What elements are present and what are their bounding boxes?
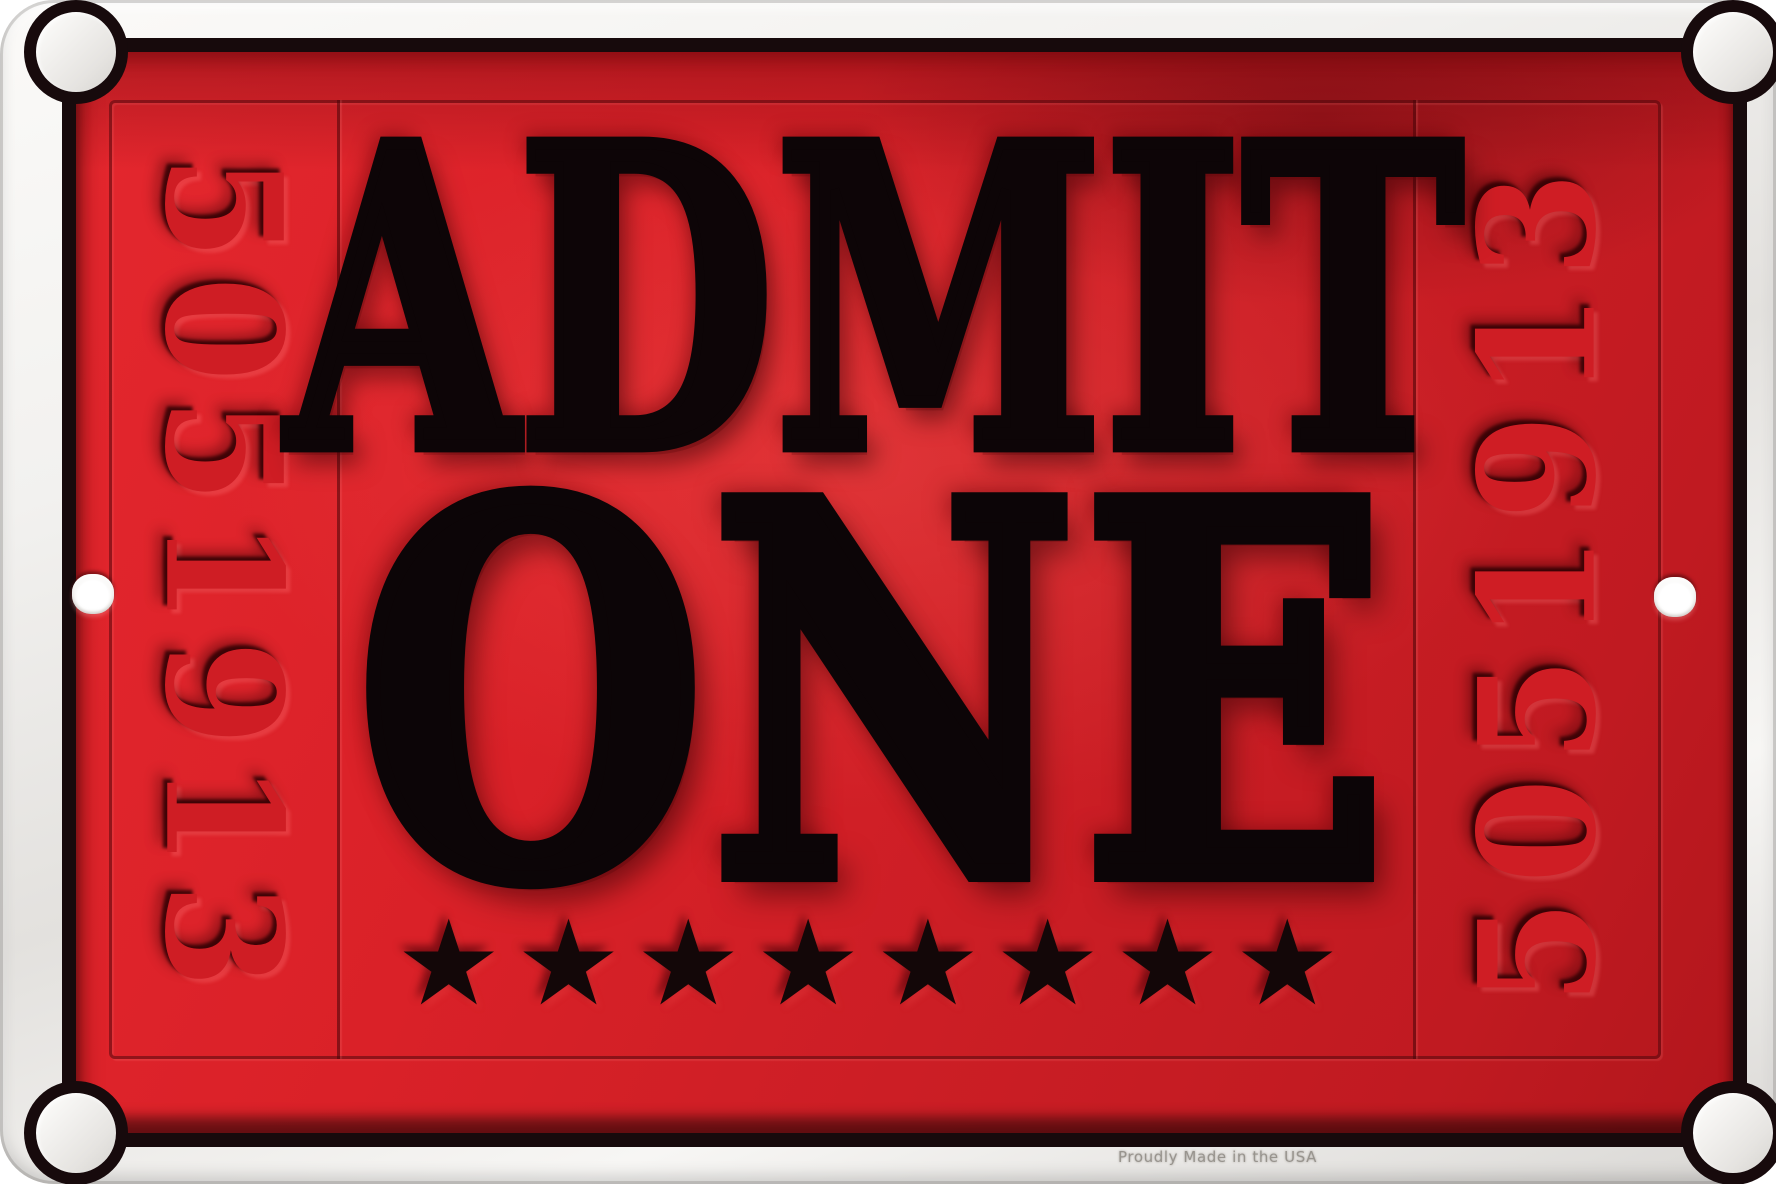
star-icon: ★	[755, 904, 875, 1022]
ticket-red-field: 5051913 5051913 ADMIT ONE ★★★★★★★★	[62, 38, 1747, 1147]
made-in-usa-text: Proudly Made in the USA	[1118, 1148, 1317, 1166]
left-stub: 5051913	[109, 100, 337, 1059]
photo-background: 5051913 5051913 ADMIT ONE ★★★★★★★★ Proud…	[0, 0, 1776, 1184]
star-icon: ★	[635, 904, 755, 1022]
one-text: ONE	[357, 440, 1394, 950]
star-icon: ★	[1115, 904, 1235, 1022]
star-icon: ★	[995, 904, 1115, 1022]
star-icon: ★	[1234, 904, 1354, 1022]
star-icon: ★	[516, 904, 636, 1022]
serial-number-right: 5051913	[1443, 155, 1631, 1005]
star-row: ★★★★★★★★	[337, 904, 1413, 1022]
star-icon: ★	[875, 904, 995, 1022]
corner-notch-bottom-left	[24, 1081, 128, 1184]
right-stub: 5051913	[1413, 100, 1661, 1059]
star-icon: ★	[396, 904, 516, 1022]
stub-divider-line-left	[337, 100, 340, 1059]
ticket-center: ADMIT ONE ★★★★★★★★	[337, 52, 1413, 1133]
ticket-sign: 5051913 5051913 ADMIT ONE ★★★★★★★★ Proud…	[0, 0, 1776, 1184]
mounting-hole-right	[1654, 577, 1696, 617]
corner-notch-bottom-right	[1681, 1081, 1776, 1184]
admit-text: ADMIT	[287, 92, 1464, 508]
serial-number-left: 5051913	[129, 155, 317, 1005]
corner-notch-top-left	[24, 0, 128, 104]
mounting-hole-left	[72, 574, 114, 614]
corner-notch-top-right	[1681, 0, 1776, 104]
